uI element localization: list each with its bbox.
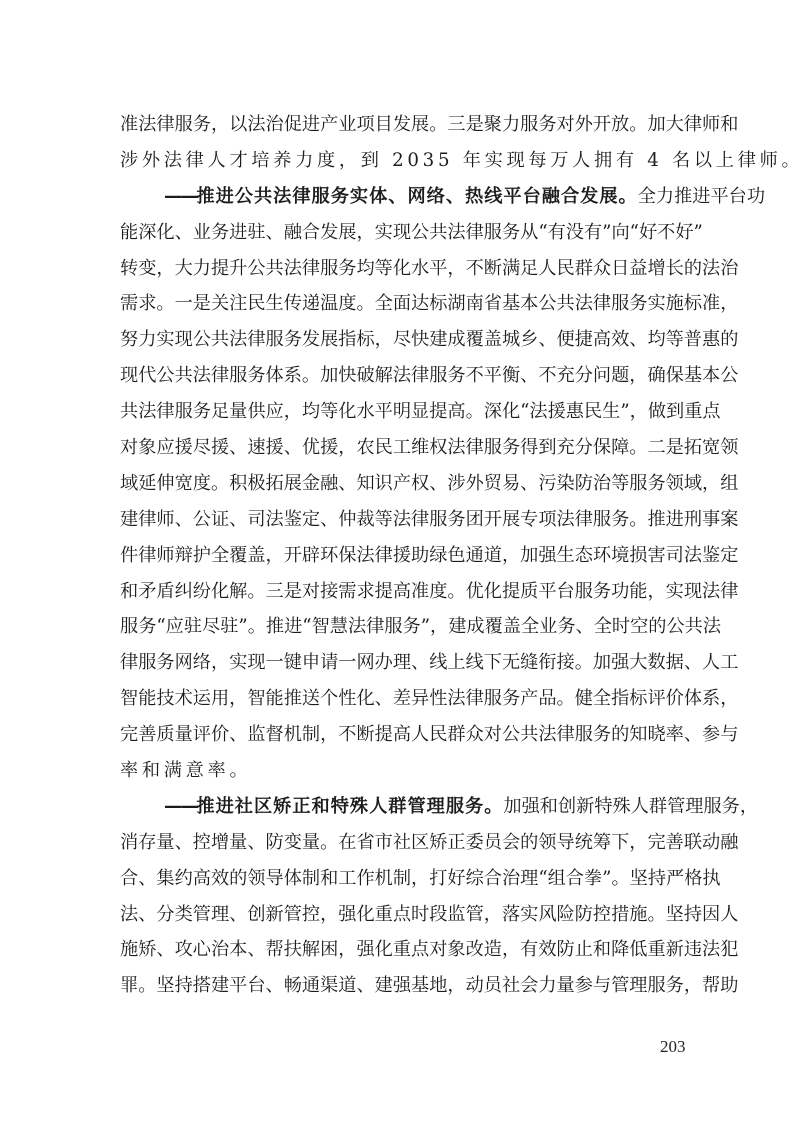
paragraph-heading-line: ——推进社区矫正和特殊人群管理服务。加强和创新特殊人群管理服务， bbox=[120, 789, 696, 825]
text-line: 现代公共法律服务体系。加快破解法律服务不平衡、不充分问题，确保基本公 bbox=[120, 358, 696, 394]
text-line: 准法律服务，以法治促进产业项目发展。三是聚力服务对外开放。加大律师和 bbox=[120, 107, 696, 143]
text-line: 涉外法律人才培养力度，到 2035 年实现每万人拥有 4 名以上律师。 bbox=[120, 143, 696, 179]
text-line: 消存量、控增量、防变量。在省市社区矫正委员会的领导统筹下，完善联动融 bbox=[120, 825, 696, 861]
text-line: 施矫、攻心治本、帮扶解困，强化重点对象改造，有效防止和降低重新违法犯 bbox=[120, 932, 696, 968]
section-heading: 推进社区矫正和特殊人群管理服务。 bbox=[196, 796, 503, 817]
em-dash: —— bbox=[164, 796, 196, 817]
paragraph-public-legal-service-platform: ——推进公共法律服务实体、网络、热线平台融合发展。全力推进平台功 能深化、业务进… bbox=[120, 179, 696, 789]
text-line: 完善质量评价、监督机制，不断提高人民群众对公共法律服务的知晓率、参与 bbox=[120, 717, 696, 753]
text-run: 加强和创新特殊人群管理服务， bbox=[503, 796, 758, 817]
text-line: 能深化、业务进驻、融合发展，实现公共法律服务从“有没有”向“好不好” bbox=[120, 215, 696, 251]
document-page-body: 准法律服务，以法治促进产业项目发展。三是聚力服务对外开放。加大律师和 涉外法律人… bbox=[120, 107, 696, 1004]
text-line: 域延伸宽度。积极拓展金融、知识产权、涉外贸易、污染防治等服务领域，组 bbox=[120, 466, 696, 502]
paragraph-continuation: 准法律服务，以法治促进产业项目发展。三是聚力服务对外开放。加大律师和 涉外法律人… bbox=[120, 107, 696, 179]
text-line: 转变，大力提升公共法律服务均等化水平，不断满足人民群众日益增长的法治 bbox=[120, 251, 696, 287]
paragraph-heading-line: ——推进公共法律服务实体、网络、热线平台融合发展。全力推进平台功 bbox=[120, 179, 696, 215]
text-line: 共法律服务足量供应，均等化水平明显提高。深化“法援惠民生”，做到重点 bbox=[120, 394, 696, 430]
text-line: 件律师辩护全覆盖，开辟环保法律援助绿色通道，加强生态环境损害司法鉴定 bbox=[120, 538, 696, 574]
text-line: 努力实现公共法律服务发展指标，尽快建成覆盖城乡、便捷高效、均等普惠的 bbox=[120, 322, 696, 358]
text-line: 对象应援尽援、速援、优援，农民工维权法律服务得到充分保障。二是拓宽领 bbox=[120, 430, 696, 466]
text-line: 建律师、公证、司法鉴定、仲裁等法律服务团开展专项法律服务。推进刑事案 bbox=[120, 502, 696, 538]
text-line: 法、分类管理、创新管控，强化重点时段监管，落实风险防控措施。坚持因人 bbox=[120, 897, 696, 933]
text-line: 智能技术运用，智能推送个性化、差异性法律服务产品。健全指标评价体系， bbox=[120, 681, 696, 717]
text-line: 罪。坚持搭建平台、畅通渠道、建强基地，动员社会力量参与管理服务，帮助 bbox=[120, 968, 696, 1004]
section-heading: 推进公共法律服务实体、网络、热线平台融合发展。 bbox=[196, 186, 637, 207]
em-dash: —— bbox=[164, 186, 196, 207]
text-run: 全力推进平台功 bbox=[638, 186, 765, 207]
text-line: 需求。一是关注民生传递温度。全面达标湖南省基本公共法律服务实施标准， bbox=[120, 286, 696, 322]
text-line: 服务“应驻尽驻”。推进“智慧法律服务”，建成覆盖全业务、全时空的公共法 bbox=[120, 609, 696, 645]
text-line: 和矛盾纠纷化解。三是对接需求提高准度。优化提质平台服务功能，实现法律 bbox=[120, 574, 696, 610]
page-number: 203 bbox=[660, 1037, 686, 1057]
text-line: 律服务网络，实现一键申请一网办理、线上线下无缝衔接。加强大数据、人工 bbox=[120, 645, 696, 681]
paragraph-community-correction: ——推进社区矫正和特殊人群管理服务。加强和创新特殊人群管理服务， 消存量、控增量… bbox=[120, 789, 696, 1004]
text-line: 合、集约高效的领导体制和工作机制，打好综合治理“组合拳”。坚持严格执 bbox=[120, 861, 696, 897]
text-line: 率和满意率。 bbox=[120, 753, 696, 789]
